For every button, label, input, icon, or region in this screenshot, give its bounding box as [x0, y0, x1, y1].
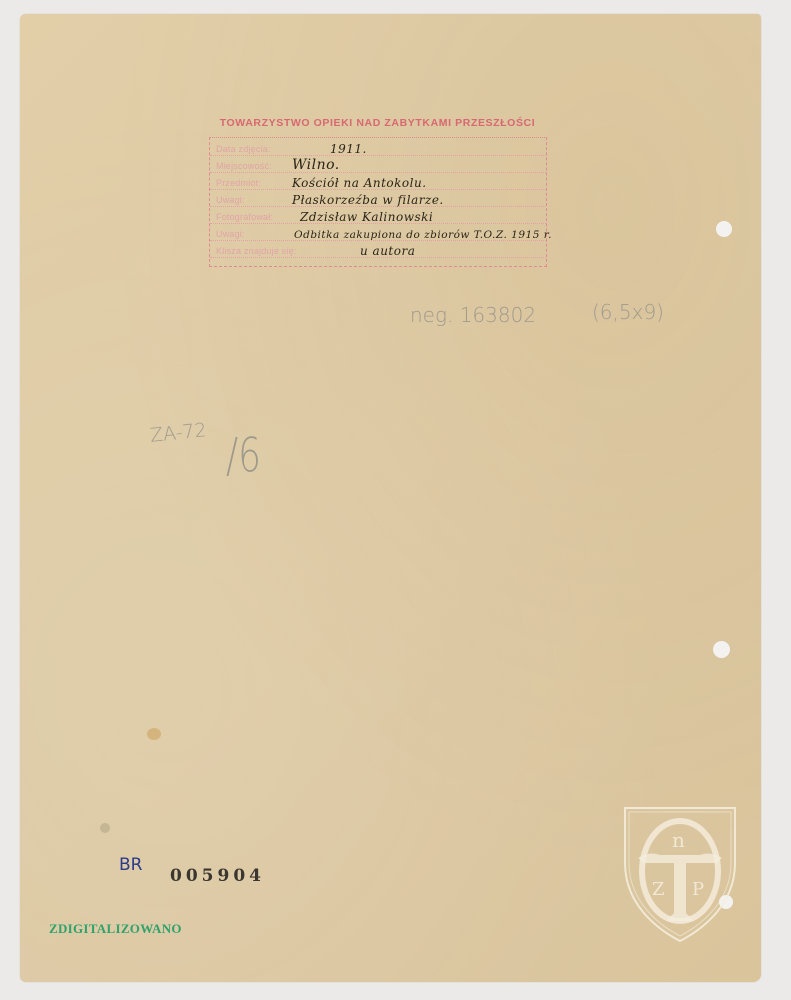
paper-stain [100, 823, 110, 833]
stamp-box: Data zdjęcia: 1911. Miejscowość: Wilno. … [209, 137, 547, 267]
stamp-value: Wilno. [292, 157, 340, 173]
catalog-subnumber-note: /6 [226, 430, 261, 483]
digitized-stamp: ZDIGITALIZOWANO [49, 921, 182, 937]
negative-number-note: neg. 163802 [410, 303, 536, 327]
paper-stain [147, 728, 161, 740]
stamp-value: Płaskorzeźba w filarze. [292, 193, 444, 207]
stamp-label: Uwagi: [216, 195, 245, 205]
stamp-row-place: Miejscowość: Wilno. [210, 155, 546, 173]
ozp-shield-watermark-icon: n Z P [620, 803, 740, 943]
svg-text:Z: Z [652, 879, 665, 900]
stamp-row-subject: Przedmiot: Kościół na Antokolu. [210, 172, 546, 190]
svg-text:P: P [692, 879, 704, 900]
stamp-row-acquisition: Uwagi: Odbitka zakupiona do zbiorów T.O.… [210, 223, 546, 241]
stamp-label: Klisza znajduje się: [216, 246, 297, 256]
br-ink-mark: BR [119, 855, 142, 875]
stamp-value: u autora [360, 244, 415, 258]
stamp-label: Miejscowość: [216, 161, 272, 171]
inventory-number: 005904 [170, 866, 265, 886]
stamp-title: TOWARZYSTWO OPIEKI NAD ZABYTKAMI PRZESZŁ… [205, 117, 550, 129]
stamp-row-notes: Uwagi: Płaskorzeźba w filarze. [210, 189, 546, 207]
stamp-row-negative-location: Klisza znajduje się: u autora [210, 240, 546, 258]
punch-hole-top [716, 221, 732, 237]
toz-stamp: TOWARZYSTWO OPIEKI NAD ZABYTKAMI PRZESZŁ… [205, 117, 550, 267]
stamp-label: Przedmiot: [216, 178, 261, 188]
punch-hole-middle [713, 641, 730, 658]
stamp-label: Uwagi: [216, 229, 245, 239]
format-note: (6,5x9) [592, 300, 664, 324]
stamp-row-date: Data zdjęcia: 1911. [210, 138, 546, 156]
stamp-value: Kościół na Antokolu. [292, 176, 427, 190]
stamp-label: Data zdjęcia: [216, 144, 271, 154]
stamp-value: Zdzisław Kalinowski [300, 210, 433, 224]
stamp-value: 1911. [330, 142, 367, 156]
svg-text:n: n [672, 828, 685, 852]
stamp-row-photographer: Fotografował: Zdzisław Kalinowski [210, 206, 546, 224]
stamp-label: Fotografował: [216, 212, 273, 222]
